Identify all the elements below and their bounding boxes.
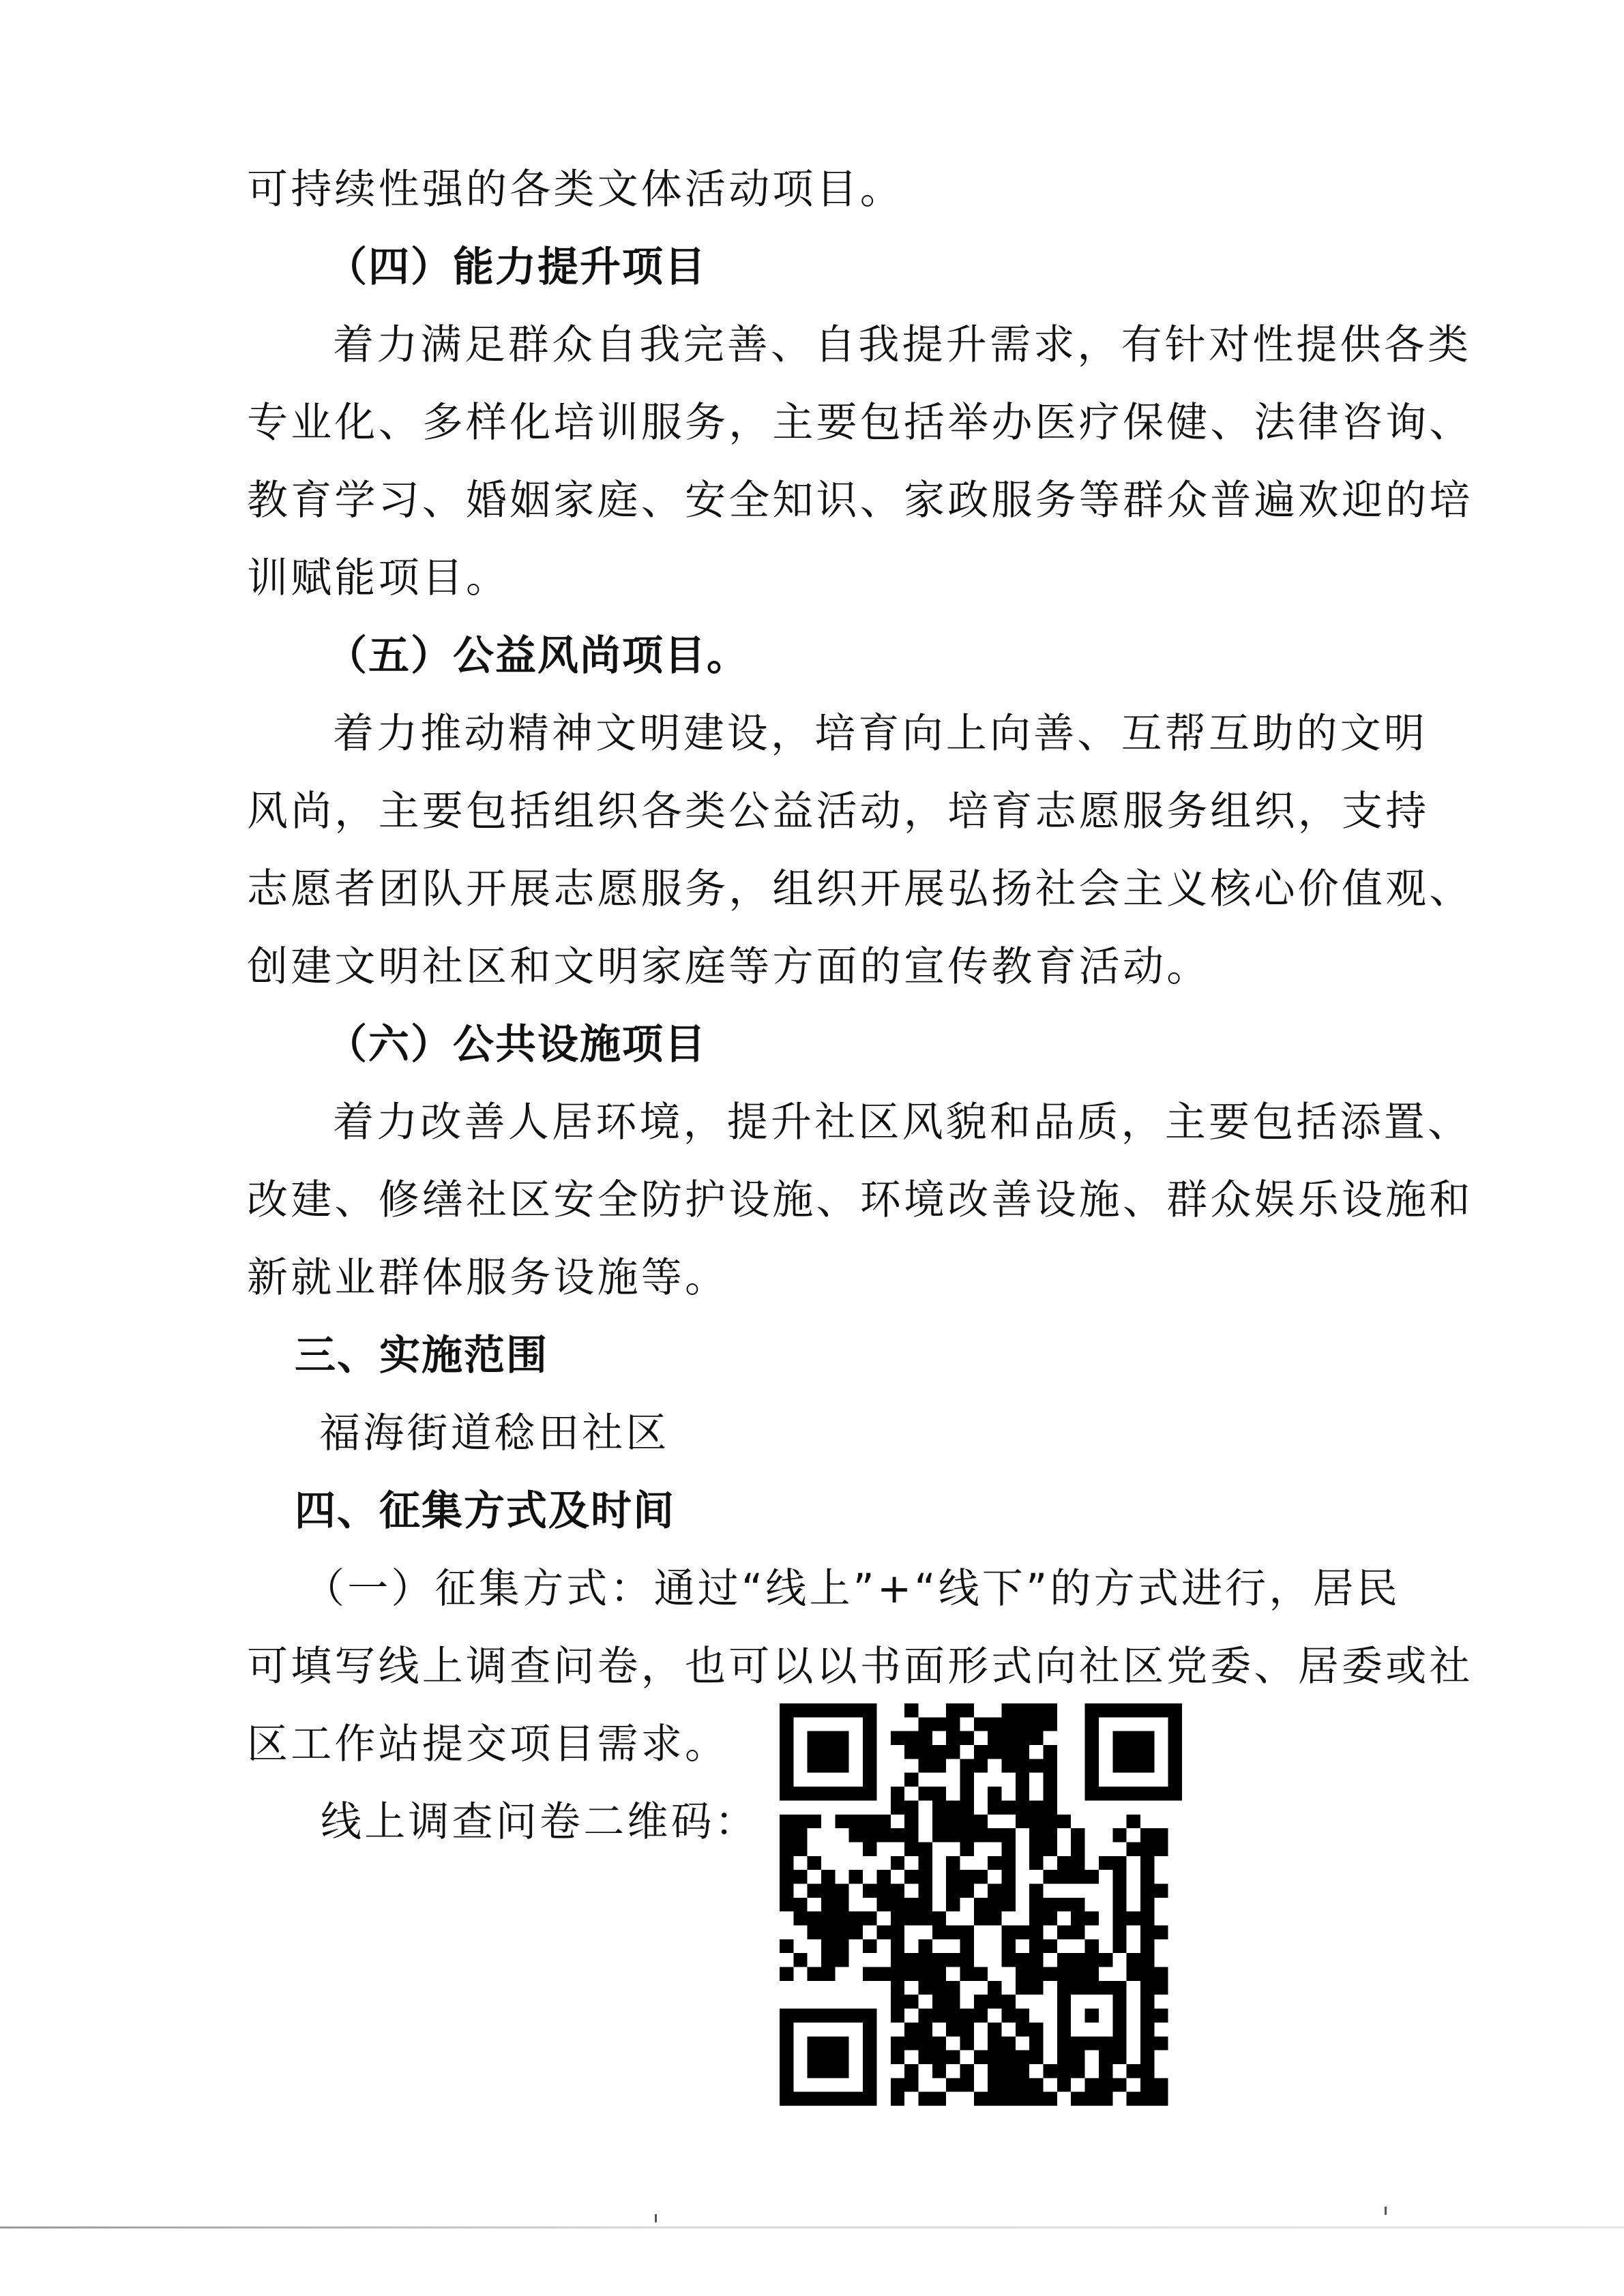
qr-code-icon <box>780 1703 1182 2106</box>
section-heading-collection: 四、征集方式及时间 <box>295 1484 675 1538</box>
document-page: 可持续性强的各类文体活动项目。 （四）能力提升项目 着力满足群众自我完善、自我提… <box>0 0 1624 2296</box>
paragraph-line: 创建文明社区和文明家庭等方面的宣传教育活动。 <box>247 940 1210 994</box>
paragraph-line: 风尚，主要包括组织各类公益活动，培育志愿服务组织，支持 <box>247 784 1429 839</box>
scan-artifact <box>1385 2207 1387 2215</box>
page-edge-divider <box>0 2226 1624 2228</box>
paragraph-line: 着力改善人居环境，提升社区风貌和品质，主要包括添置、 <box>333 1095 1471 1150</box>
paragraph-line: 专业化、多样化培训服务，主要包括举办医疗保健、法律咨询、 <box>247 396 1473 450</box>
qr-code-label: 线上调查问卷二维码： <box>321 1795 758 1849</box>
paragraph-line: （一）征集方式：通过“线上”+“线下”的方式进行，居民 <box>304 1562 1400 1616</box>
paragraph-line: 新就业群体服务设施等。 <box>247 1251 728 1305</box>
section-heading-public-welfare: （五）公益风尚项目。 <box>326 629 749 683</box>
paragraph-line: 福海街道稔田社区 <box>319 1406 670 1461</box>
section-heading-capacity: （四）能力提升项目 <box>326 240 707 295</box>
paragraph-line: 训赋能项目。 <box>247 551 510 606</box>
paragraph-line: 志愿者团队开展志愿服务，组织开展弘扬社会主义核心价值观、 <box>247 862 1473 916</box>
survey-qr-code[interactable] <box>780 1703 1182 2106</box>
paragraph-line: 教育学习、婚姻家庭、安全知识、家政服务等群众普遍欢迎的培 <box>247 473 1473 528</box>
paragraph-line: 改建、修缮社区安全防护设施、环境改善设施、群众娱乐设施和 <box>247 1173 1473 1227</box>
paragraph-line: 可填写线上调查问卷，也可以以书面形式向社区党委、居委或社 <box>247 1639 1473 1694</box>
paragraph-line: 区工作站提交项目需求。 <box>247 1717 728 1772</box>
scan-artifact <box>655 2214 657 2222</box>
paragraph-line: 可持续性强的各类文体活动项目。 <box>247 162 904 217</box>
paragraph-line: 着力满足群众自我完善、自我提升需求，有针对性提供各类 <box>333 318 1471 372</box>
section-heading-public-facilities: （六）公共设施项目 <box>326 1017 707 1072</box>
section-heading-scope: 三、实施范围 <box>295 1328 548 1383</box>
paragraph-line: 着力推动精神文明建设，培育向上向善、互帮互助的文明 <box>333 706 1428 761</box>
